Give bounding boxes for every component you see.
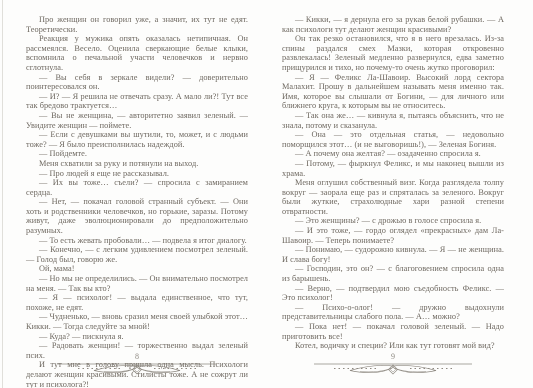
- paragraph: — Потому, — фыркнул Феликс, и мы наконец…: [282, 159, 504, 178]
- paragraph: — Пойдемте.: [26, 149, 248, 159]
- paragraph: — Куда? — пискнула я.: [26, 332, 248, 342]
- book-page-right: — Кикки, — я дернула его за рукав белой …: [282, 15, 504, 351]
- book-page-left: Про женщин он говорил уже, а значит, их …: [26, 15, 248, 388]
- paragraph: — Их вы тоже… съели? — спросила с замира…: [26, 178, 248, 197]
- paragraph: — Так она же… — кивнула я, пытаясь объяс…: [282, 111, 504, 130]
- winged-flourish-icon: [58, 362, 216, 376]
- paragraph: Про женщин он говорил уже, а значит, их …: [26, 15, 248, 34]
- paragraph: Ой, мама!: [26, 264, 248, 274]
- paragraph: — Господин, это он? — с благоговением сп…: [282, 264, 504, 283]
- paragraph: — Я — Феликс Ла-Шавоир. Высокий лорд сек…: [282, 73, 504, 111]
- page-footer-left: 8: [26, 352, 248, 376]
- paragraph: — Я — психолог! — выдала единственное, ч…: [26, 293, 248, 312]
- paragraph: — Нет, — покачал головой странный субъек…: [26, 197, 248, 235]
- paragraph: — Чудненько, — вновь сразил меня своей у…: [26, 312, 248, 331]
- page-footer-right: 9: [282, 352, 504, 376]
- scan-page-edge: [2, 0, 3, 388]
- paragraph: — Верно, — подтвердил мою съедобность Фе…: [282, 284, 504, 303]
- paragraph: — Конечно, — с легким удивлением посмотр…: [26, 245, 248, 264]
- paragraph: — Вы себя в зеркале видели? — доверитель…: [26, 73, 248, 92]
- page-number: 8: [26, 352, 248, 361]
- paragraph: — То есть жевать пробовали… — подвела я …: [26, 236, 248, 246]
- paragraph: — И это тоже, — гордо оглядел «прекрасны…: [282, 226, 504, 245]
- paragraph: — Это женщины? — с дрожью в голосе спрос…: [282, 216, 504, 226]
- paragraph: — Если с девушками вы шутили, то, может,…: [26, 130, 248, 149]
- paragraph: — А почему она желтая? — озадаченно спро…: [282, 149, 504, 159]
- paragraph: — Но мы не определились. — Он внимательн…: [26, 274, 248, 293]
- paragraph: — Про людей я еще не рассказывал.: [26, 169, 248, 179]
- paragraph: Он так резко остановился, что я в него в…: [282, 34, 504, 72]
- paragraph: — Кикки, — я дернула его за рукав белой …: [282, 15, 504, 34]
- winged-flourish-icon: [314, 362, 472, 376]
- paragraph: Реакция у мужика опять оказалась нетипич…: [26, 34, 248, 72]
- page-number: 9: [282, 352, 504, 361]
- paragraph: — Она — это отдельная статья, — недоволь…: [282, 130, 504, 149]
- paragraph: Меня оглушил собственный визг. Когда раз…: [282, 178, 504, 216]
- paragraph: — Вы не женщина, — авторитетно заявил зе…: [26, 111, 248, 130]
- paragraph: — Пока нет! — покачал головой зеленый. —…: [282, 322, 504, 341]
- paragraph: Котел, водичку и специи? Или как тут гот…: [282, 341, 504, 351]
- paragraph: — Понимаю, — судорожно кивнула. — Я — не…: [282, 245, 504, 264]
- page-text: — Кикки, — я дернула его за рукав белой …: [282, 15, 504, 351]
- page-text: Про женщин он говорил уже, а значит, их …: [26, 15, 248, 388]
- paragraph: — Психо-о-олог! — дружно выдохнули предс…: [282, 303, 504, 322]
- paragraph: Меня схватили за руку и потянули на выхо…: [26, 159, 248, 169]
- paragraph: — И? — Я решила не отвечать сразу. А мал…: [26, 92, 248, 111]
